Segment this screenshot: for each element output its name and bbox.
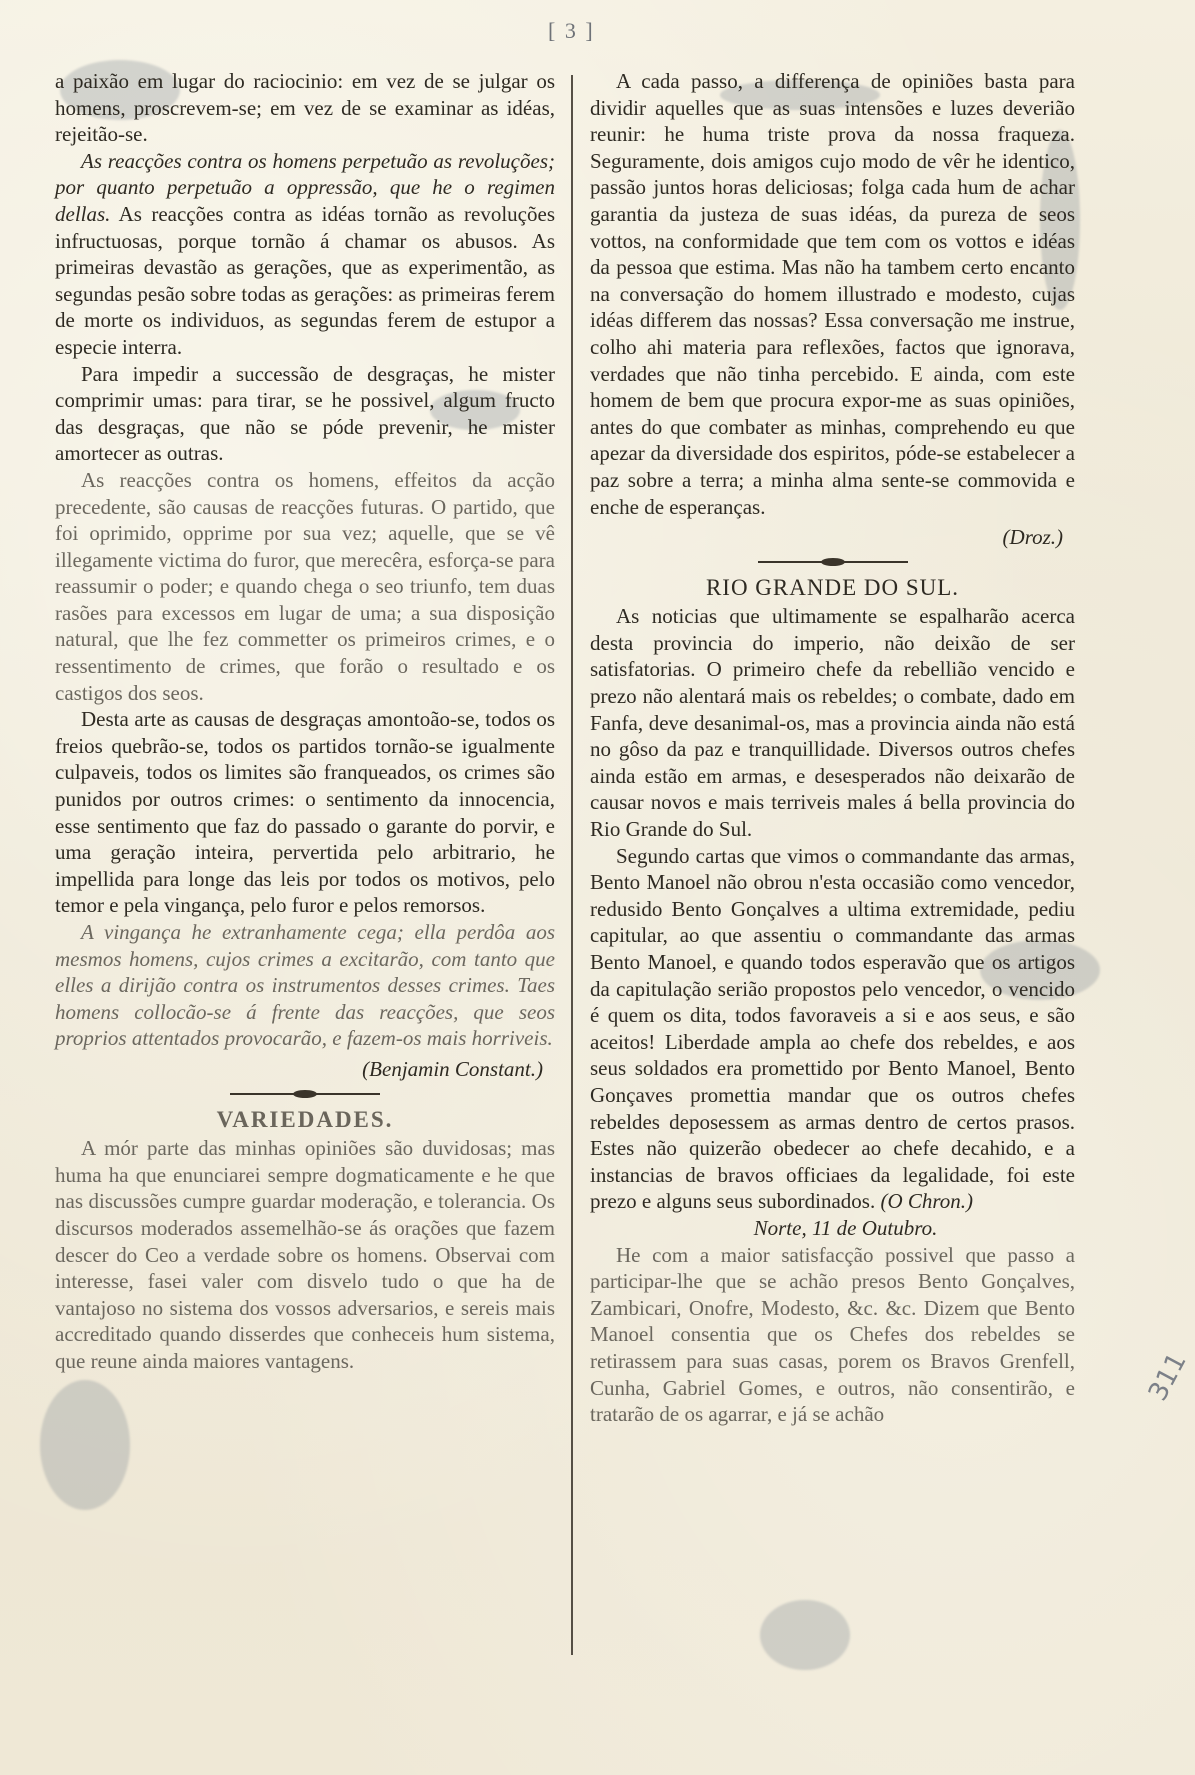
paragraph: Para impedir a successão de desgraças, h…: [55, 361, 555, 467]
paragraph: He com a maior satisfacção possivel que …: [590, 1242, 1075, 1428]
column-divider: [571, 75, 573, 1655]
water-stain: [40, 1380, 130, 1510]
paragraph: As reacções contra os homens perpetuão a…: [55, 148, 555, 361]
right-column: A cada passo, a differença de opiniões b…: [590, 68, 1075, 1428]
paragraph-body: Segundo cartas que vimos o commandante d…: [590, 844, 1075, 1214]
paragraph: a paixão em lugar do raciocinio: em vez …: [55, 68, 555, 148]
source-citation: (O Chron.): [880, 1189, 973, 1213]
paragraph: Desta arte as causas de desgraças amonto…: [55, 706, 555, 919]
paragraph: As noticias que ultimamente se espalharã…: [590, 603, 1075, 842]
paragraph: As reacções contra os homens, effeitos d…: [55, 467, 555, 706]
section-title-variedades: VARIEDADES.: [55, 1107, 555, 1134]
paragraph: Segundo cartas que vimos o commandante d…: [590, 843, 1075, 1215]
paragraph: A mór parte das minhas opiniões são duvi…: [55, 1135, 555, 1374]
water-stain: [760, 1600, 850, 1670]
paragraph: A vingança he extranhamente cega; ella p…: [55, 919, 555, 1052]
attribution: (Benjamin Constant.): [55, 1056, 543, 1083]
page-number: [ 3 ]: [548, 18, 595, 44]
paragraph: A cada passo, a differença de opiniões b…: [590, 68, 1075, 520]
margin-note: 311: [1143, 1348, 1193, 1406]
dateline: Norte, 11 de Outubro.: [590, 1215, 1075, 1242]
section-rule: [230, 1093, 380, 1095]
paragraph-continuation: As reacções contra as idéas tornão as re…: [55, 202, 555, 359]
left-column: a paixão em lugar do raciocinio: em vez …: [55, 68, 555, 1375]
attribution: (Droz.): [590, 524, 1063, 551]
newspaper-page: [ 3 ] a paixão em lugar do raciocinio: e…: [0, 0, 1195, 1775]
section-rule: [758, 561, 908, 563]
section-title-rio-grande-do-sul: RIO GRANDE DO SUL.: [590, 575, 1075, 602]
